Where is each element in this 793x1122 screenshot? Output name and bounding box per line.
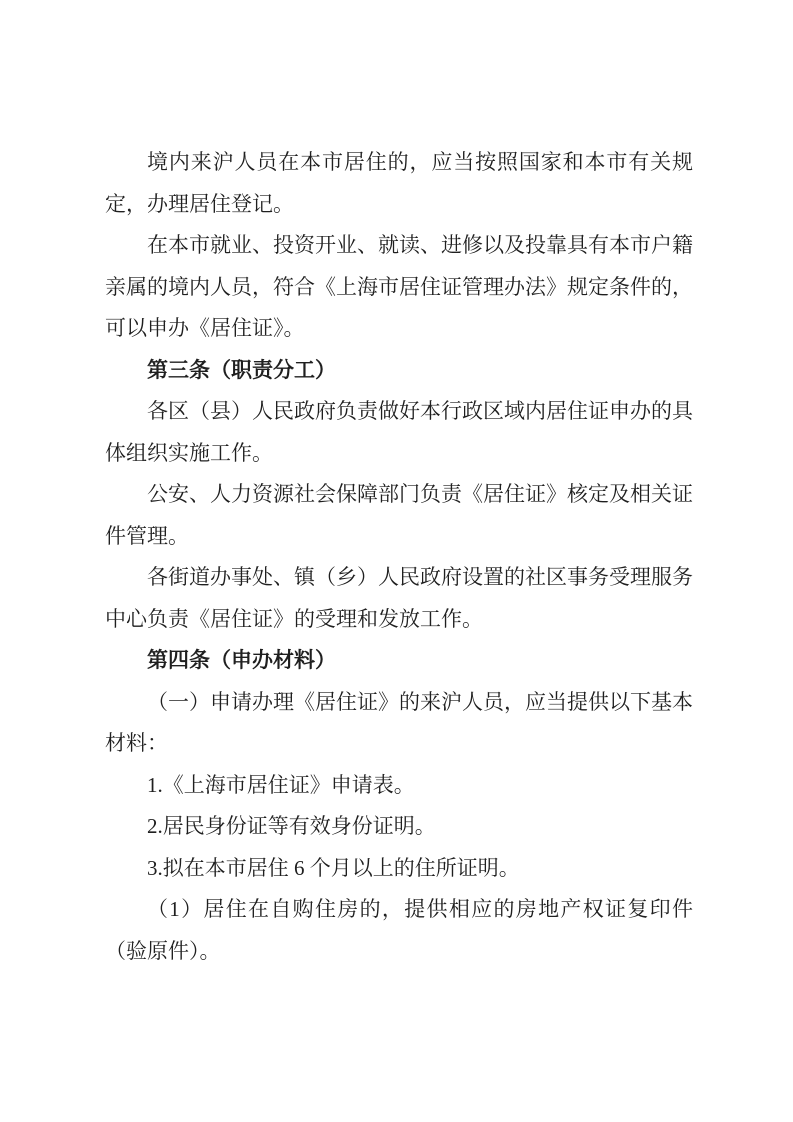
paragraph-eligibility: 在本市就业、投资开业、就读、进修以及投靠具有本市户籍亲属的境内人员，符合《上海市… <box>105 225 693 350</box>
list-item-id-proof: 2.居民身份证等有效身份证明。 <box>105 806 693 848</box>
paragraph-district-government: 各区（县）人民政府负责做好本行政区域内居住证申办的具体组织实施工作。 <box>105 391 693 474</box>
paragraph-basic-materials-intro: （一）申请办理《居住证》的来沪人员，应当提供以下基本材料： <box>105 682 693 765</box>
list-item-application-form: 1.《上海市居住证》申请表。 <box>105 765 693 807</box>
document-page: 境内来沪人员在本市居住的，应当按照国家和本市有关规定，办理居住登记。 在本市就业… <box>0 0 793 1122</box>
article-4-heading: 第四条（申办材料） <box>105 640 693 682</box>
paragraph-residence-registration: 境内来沪人员在本市居住的，应当按照国家和本市有关规定，办理居住登记。 <box>105 142 693 225</box>
paragraph-owned-housing: （1）居住在自购住房的，提供相应的房地产权证复印件（验原件）。 <box>105 889 693 972</box>
paragraph-public-security: 公安、人力资源社会保障部门负责《居住证》核定及相关证件管理。 <box>105 474 693 557</box>
paragraph-community-center: 各街道办事处、镇（乡）人民政府设置的社区事务受理服务中心负责《居住证》的受理和发… <box>105 557 693 640</box>
article-3-heading: 第三条（职责分工） <box>105 350 693 392</box>
list-item-residence-proof: 3.拟在本市居住 6 个月以上的住所证明。 <box>105 848 693 890</box>
